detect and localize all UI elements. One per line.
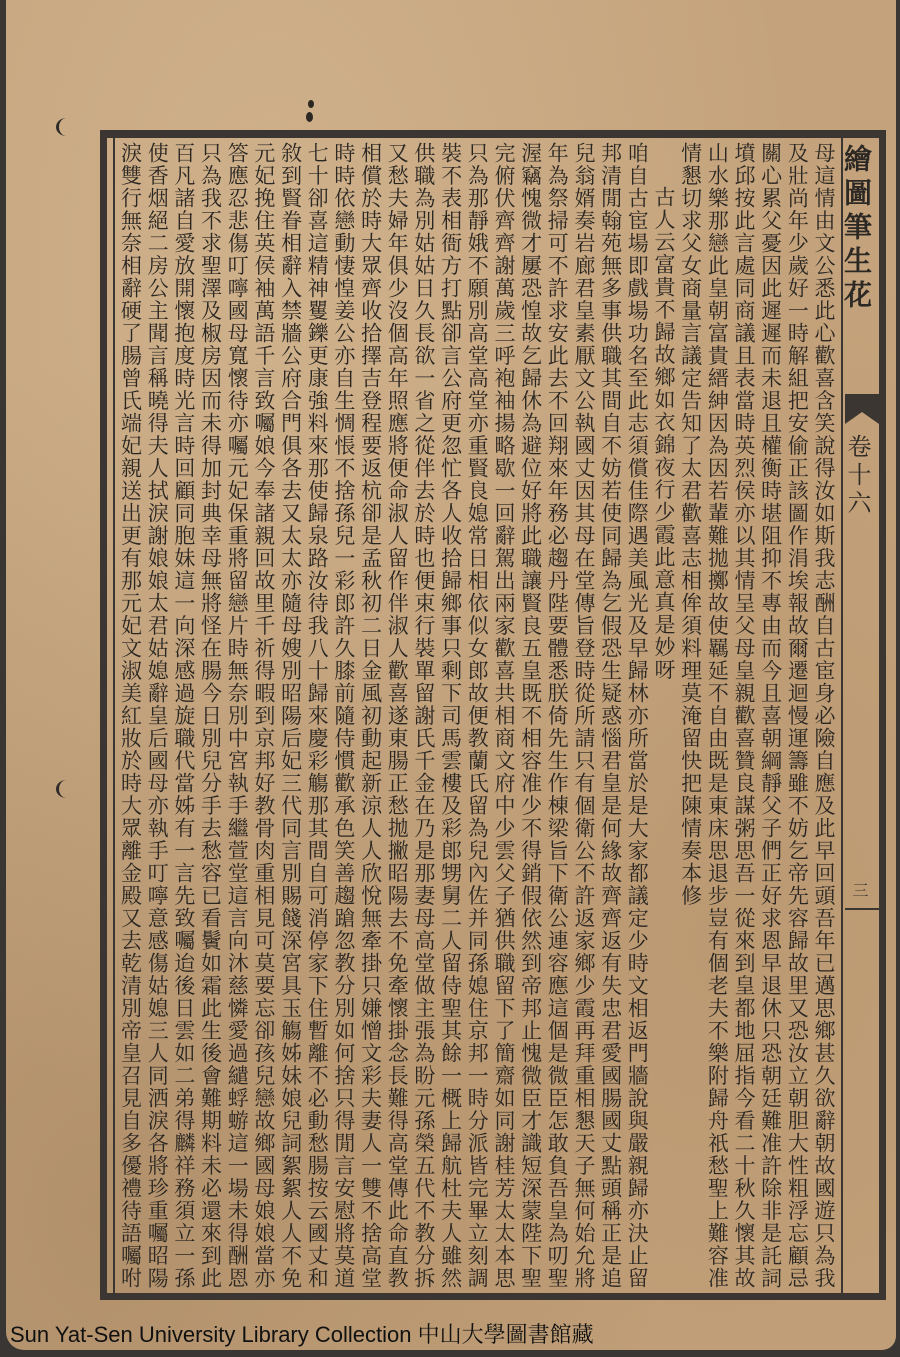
text-column: 只為那靜娥不願別高堂高堂亦重賢良媳常日相依似女郎故便教蘭氏留為兒內佐并同孫媳住京… xyxy=(466,142,493,1289)
text-column: 完俯伏齊齊謝萬歲三呼袍袖揚略歇一回辭駕出兩家歡喜共相商文府中少雲父子猶供職留下了… xyxy=(492,142,519,1289)
text-column: 情懇切求父女商量言議定告知了太君歡喜志相侔須料理莫淹留快把陳情奏本修 xyxy=(679,142,706,1289)
text-frame-border: 繪圖筆生花 卷十六 三 母這情由文公悉此心歡喜含笑說得汝如斯我志酬自古宦身必險自… xyxy=(100,130,886,1300)
text-column: 關心累父憂因此遲遲而未退且權衡時堪阻抑不專由而今且喜朝綱靜父子們正好求恩早退休只… xyxy=(759,142,786,1289)
book-title-column: 繪圖筆生花 卷十六 三 xyxy=(841,138,879,1293)
collection-watermark: Sun Yat-Sen University Library Collectio… xyxy=(10,1318,594,1349)
binding-hole-mark xyxy=(56,118,77,136)
text-column-quote: 古人云富貴不歸故鄉如衣錦夜行少霞此意真是妙呀 xyxy=(652,142,679,1333)
text-column: 年為祭掃可不許求安此去不回翔來年務必趨丹陛要體悉朕倚先生作棟梁旨下衛公連容應這個… xyxy=(546,142,573,1289)
text-column: 咱自古宦場即戲場功名至此志須償佳際遇美風光及早歸林亦所當於是大家都議定少時文相返… xyxy=(626,142,653,1289)
ink-spot xyxy=(308,100,314,108)
ink-spot xyxy=(306,112,313,122)
text-column: 墳邱按此言處同商議且表當時英烈侯亦以其情呈父母皇親歡喜贊良謀粥思吾一從來到皇都地… xyxy=(732,142,759,1289)
text-column: 兒翁婿奏岩廊君皇素厭文公執國丈因其母在堂傳旨登時從所請只有個衛公不許返家鄉少霞再… xyxy=(572,142,599,1289)
frame-inner-line xyxy=(113,138,115,1293)
fishtail-lower-line xyxy=(845,908,879,924)
text-column: 及壯尚年少歲好一時解組把安偷正該圖作涓埃報故爾遷迴慢運籌雖不妨乞帝先容歸故里又恐… xyxy=(786,142,813,1289)
text-column: 時時依戀動悽惶姜公亦自生惆悵不捨孫兒一彩郎許久膝前隨侍慣歡承色笑善趨蹌忽教分別如… xyxy=(332,142,359,1289)
text-body: 母這情由文公悉此心歡喜含笑說得汝如斯我志酬自古宦身必險自應及此早回頭吾年已邁思鄉… xyxy=(119,142,839,1289)
text-column: 裝不表相衙方打點卻言公府更忽忙各人收拾歸鄉事只剩下司馬雲樓及彩郎甥舅二人留侍聖其… xyxy=(439,142,466,1289)
text-column: 又愁夫婦年俱少沒個高年照應將便命淑人留作伴淑人歡喜遂東腸正愁拋撇昭陽去不免牽懷掛… xyxy=(386,142,413,1289)
volume-label: 卷十六 xyxy=(840,434,875,518)
text-column: 相償於時大眾齊收拾擇吉登程要返杭卻是孟秋初二日金風初動起新涼人人欣悅無牽掛只嫌憎… xyxy=(359,142,386,1289)
text-column: 渥竊愧微才屢恐惶故乞歸休為避位好將此職讓賢良五皇既不相容准少不得銷假依然到帝邦止… xyxy=(519,142,546,1289)
book-title: 繪圖筆生花 xyxy=(836,144,876,314)
fishtail-marker-icon xyxy=(845,394,879,424)
text-column: 只為我不求聖澤及椒房因而未得加封典幸母無將怪在腸今日別兒分手去愁容已看鬢如霜此生… xyxy=(199,142,226,1289)
binding-hole-mark xyxy=(56,780,77,798)
text-column: 元妃挽住英侯袖萬語千言致囑娘今奉諸親回故里千祈得暇到京邦好教骨肉重相見可莫要忘卻… xyxy=(252,142,279,1289)
text-column: 淚雙行無奈相辭硬了腸曾氏端妃親送出更有那元妃文淑美紅妝於時大眾離金殿又去乾清別帝… xyxy=(119,142,146,1289)
text-column: 敘到賢眷相辭入禁牆公府合門俱各去又太太亦隨母嫂別昭陽后妃三代同言別賜餞深宮具玉觴… xyxy=(279,142,306,1289)
text-column: 七十卻喜這精神矍鑠更康強料來那使歸泉路汝待我八十歸來慶彩觴那其間自可消停家下住暫… xyxy=(306,142,333,1289)
text-column: 使香烟絕二房公主聞言稱曉得夫人拭淚謝娘娘太君姑媳辭皇后國母亦執手叮嚀意感傷姑媳三… xyxy=(146,142,173,1289)
text-column: 供職為別姑姑日久長欲一省之從伴去於時也便束行裝單留謝氏千金在乃是那妻母高堂做主張… xyxy=(412,142,439,1289)
text-column: 母這情由文公悉此心歡喜含笑說得汝如斯我志酬自古宦身必險自應及此早回頭吾年已邁思鄉… xyxy=(812,142,839,1289)
scanned-book-page: 繪圖筆生花 卷十六 三 母這情由文公悉此心歡喜含笑說得汝如斯我志酬自古宦身必險自… xyxy=(6,0,896,1350)
text-column: 百凡諸自愛放開懷抱度時光言時回顧同胞妹這一向深感過旋職代當姊有一言先致囑迨後日雲… xyxy=(172,142,199,1289)
text-column: 邦清閒翰苑無多事供職其間自不妨若使同歸為乞假恐生疑惑惱君皇是何緣故齊齊返有失忠君… xyxy=(599,142,626,1289)
text-column: 山水樂那戀此皇朝富貴縉紳因為因若輩難拋擲故使羈延不自由既是東床思退步豈有個老夫不… xyxy=(706,142,733,1289)
leaf-number: 三 xyxy=(848,882,871,898)
text-column: 答應忍悲傷叮嚀國母寬懷待亦囑元妃保重將留戀片時無奈別中宮執手繼萱堂這言向沐慈憐愛… xyxy=(226,142,253,1289)
